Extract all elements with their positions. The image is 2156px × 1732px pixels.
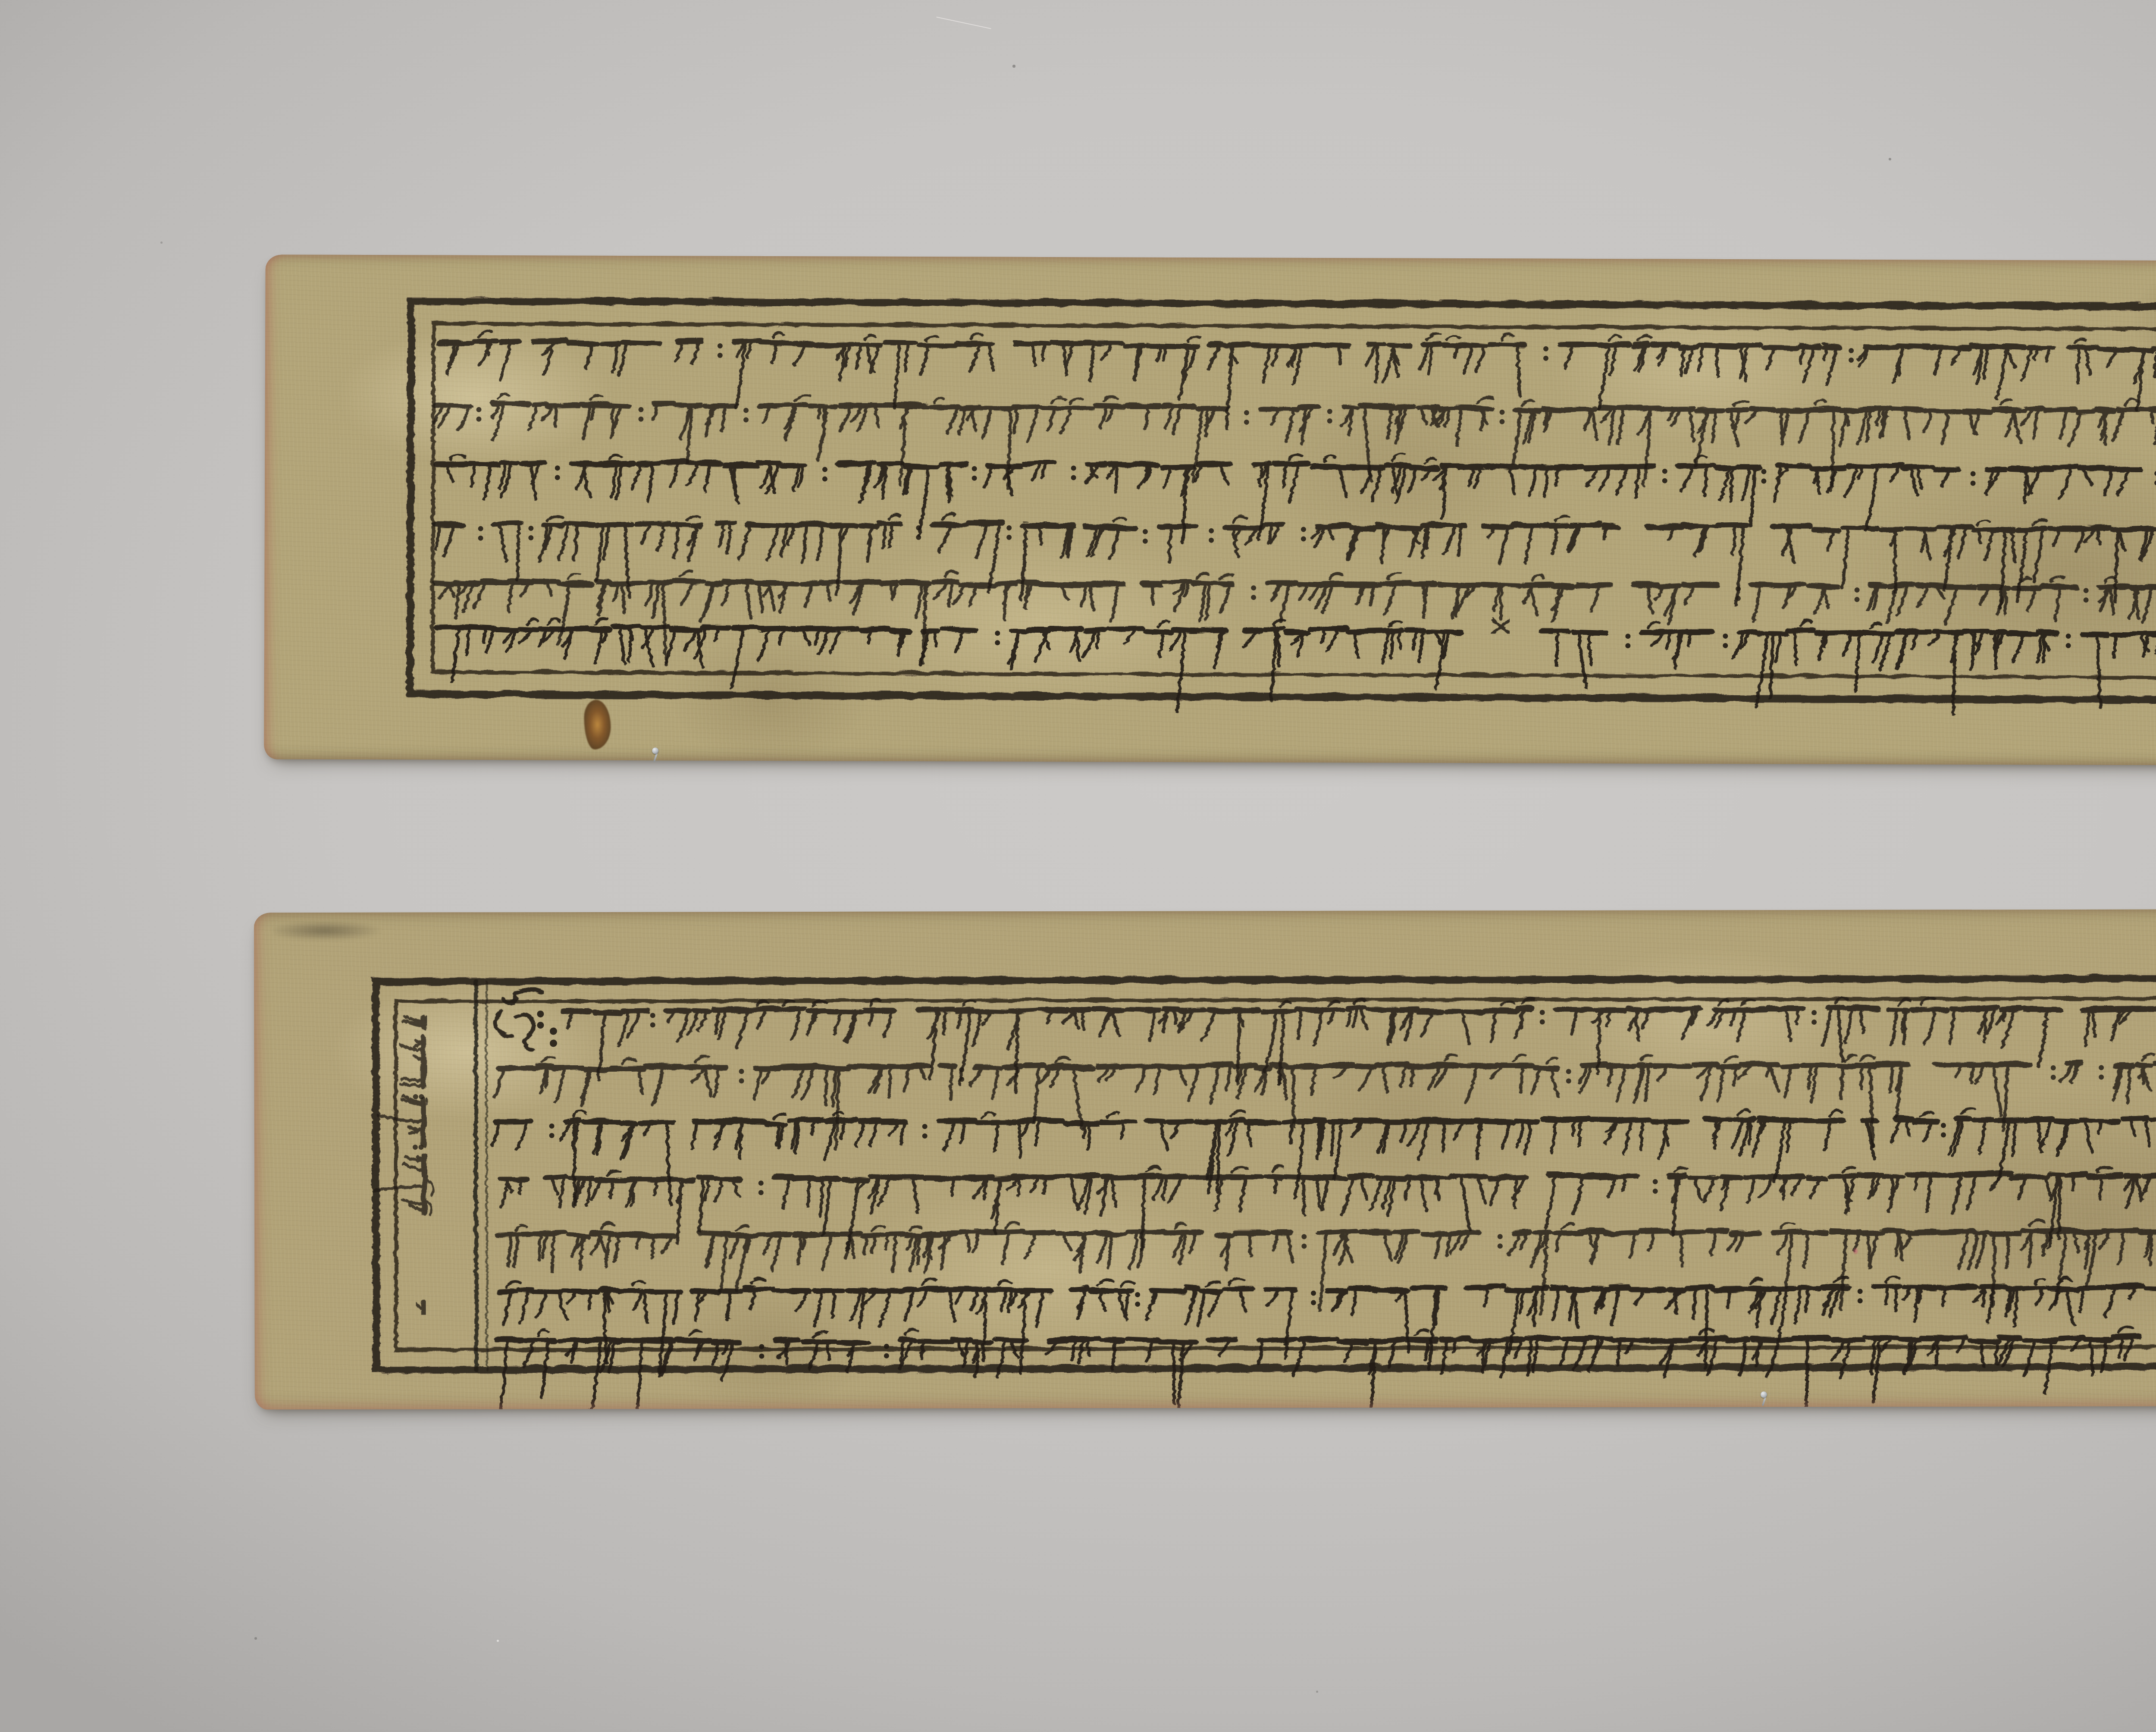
photo-backdrop: [0, 0, 2156, 1732]
tibetan-text-line: [432, 511, 2156, 607]
tibetan-text-line: [563, 996, 2156, 1092]
tibetan-text-line: [494, 1052, 2156, 1149]
lower-leaf-ink: [254, 909, 2156, 1410]
tibetan-text-line: [417, 1301, 425, 1314]
margin-annotation: [375, 1095, 435, 1215]
manuscript-leaf-lower: [254, 909, 2156, 1410]
upper-leaf-ink: [264, 254, 2156, 766]
tsheg-shad-dots: [413, 1145, 424, 1150]
yig-mgo-mark: [495, 989, 541, 1050]
margin-annotation: [417, 1301, 425, 1314]
tibetan-text-line: [497, 1219, 2156, 1316]
margin-rule-inner: [485, 980, 486, 1368]
dust-speck: [254, 1637, 257, 1640]
dust-speck: [1316, 1691, 1318, 1693]
dust-speck: [1889, 158, 1891, 160]
dust-speck: [497, 1640, 499, 1642]
margin-rule: [475, 980, 476, 1368]
manuscript-leaf-upper: [264, 254, 2156, 766]
margin-annotation: [401, 1016, 426, 1100]
tibetan-text-line: [439, 329, 2156, 430]
tibetan-text-line: [434, 569, 2156, 669]
tibetan-text-line: [401, 1016, 426, 1086]
x-annotation-mark: [1492, 618, 1509, 633]
dust-speck: [1012, 65, 1015, 68]
tibetan-text-line: [375, 1095, 435, 1215]
yig-mgo-dots: [537, 1010, 557, 1047]
paper-fiber: [936, 17, 991, 29]
dust-speck: [160, 242, 163, 244]
